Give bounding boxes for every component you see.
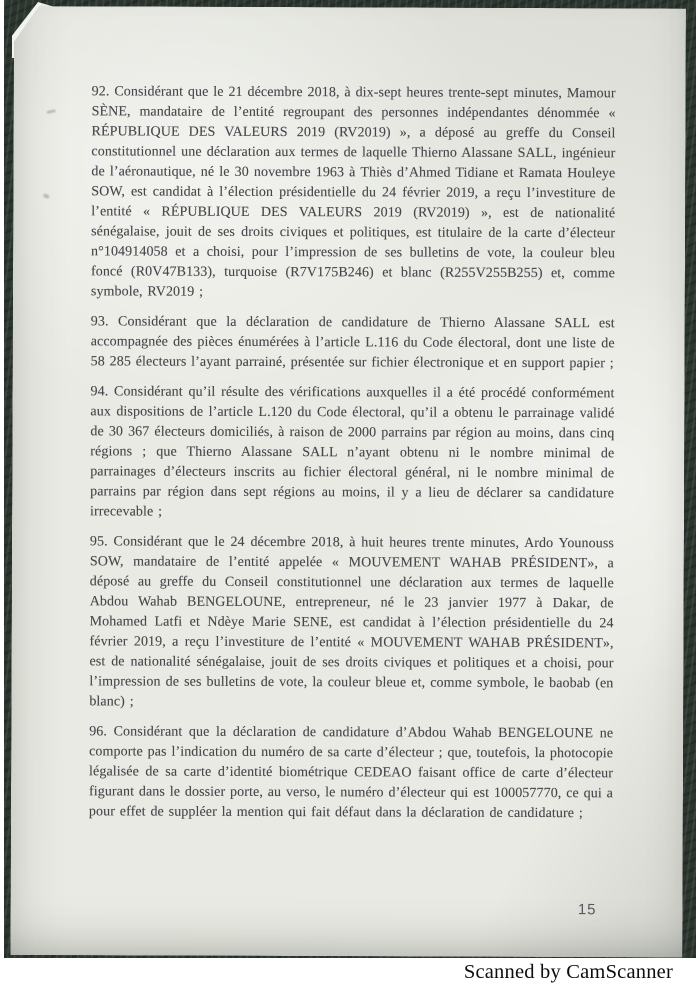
- paragraph-text: Considérant que le 21 décembre 2018, à d…: [91, 84, 616, 299]
- paragraph-number: 95.: [90, 534, 108, 549]
- paragraph-95: 95. Considérant que le 24 décembre 2018,…: [89, 532, 614, 714]
- paragraph-text: Considérant que la déclaration de candid…: [89, 724, 613, 821]
- page-number: 15: [578, 901, 597, 918]
- scan-artifact: [43, 193, 50, 199]
- paper-sheet: 92. Considérant que le 21 décembre 2018,…: [10, 6, 686, 958]
- paragraph-text: Considérant qu’il résulte des vérificati…: [90, 384, 615, 519]
- scan-artifact: [46, 109, 55, 114]
- paragraph-92: 92. Considérant que le 21 décembre 2018,…: [91, 82, 616, 304]
- paragraph-93: 93. Considérant que la déclaration de ca…: [91, 312, 615, 374]
- paragraph-text: Considérant que la déclaration de candid…: [91, 314, 615, 371]
- paragraph-number: 92.: [92, 84, 110, 99]
- paragraph-number: 93.: [91, 314, 109, 329]
- scan-photo-area: 92. Considérant que le 21 décembre 2018,…: [4, 0, 696, 958]
- footer-band: Scanned by CamScanner: [0, 958, 699, 990]
- paragraph-number: 94.: [90, 384, 108, 399]
- document-text: 92. Considérant que le 21 décembre 2018,…: [89, 82, 616, 824]
- paragraph-96: 96. Considérant que la déclaration de ca…: [89, 722, 613, 824]
- paragraph-94: 94. Considérant qu’il résulte des vérifi…: [90, 382, 615, 524]
- paragraph-number: 96.: [89, 724, 107, 739]
- paragraph-text: Considérant que le 24 décembre 2018, à h…: [89, 534, 614, 709]
- camscanner-credit: Scanned by CamScanner: [464, 961, 673, 984]
